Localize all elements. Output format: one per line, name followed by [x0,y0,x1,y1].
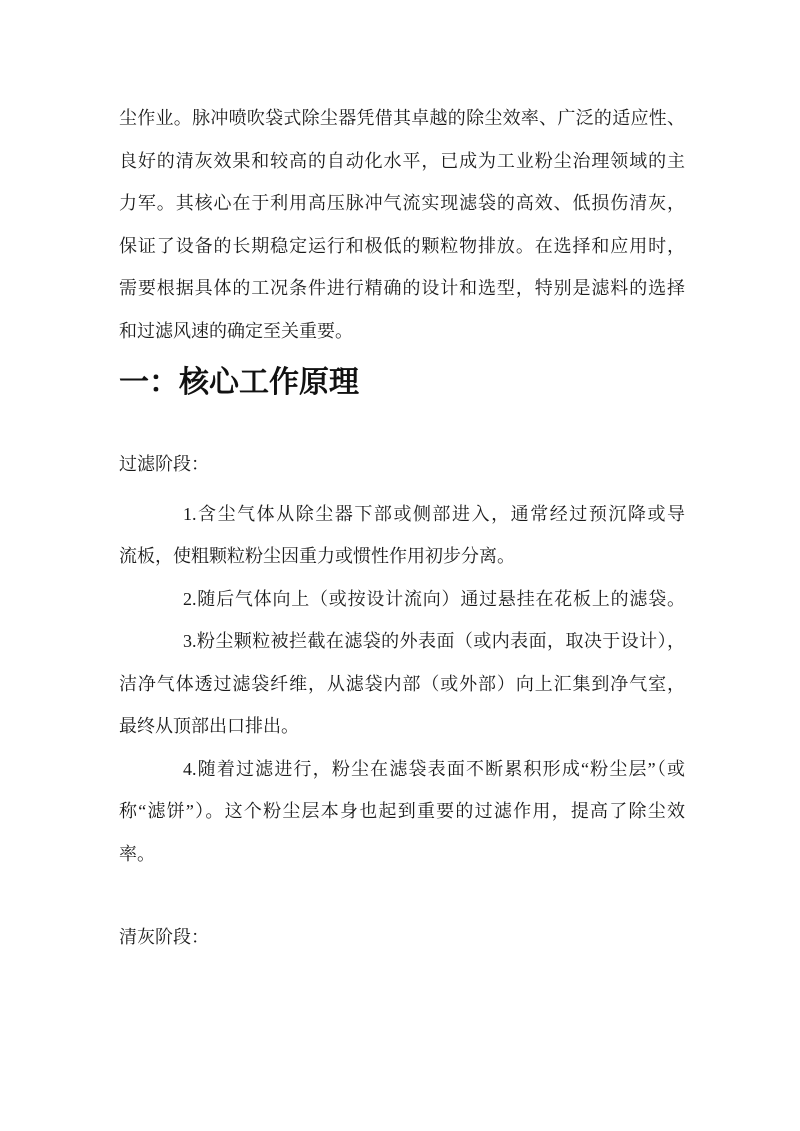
filter-step-4: 4.随着过滤进行，粉尘在滤袋表面不断累积形成“粉尘层”（或 称“滤饼”）。这个粉… [119,748,685,876]
step-line: 流板，使粗颗粒粉尘因重力或惯性作用初步分离。 [119,535,685,578]
paragraph-line: 力军。其核心在于利用高压脉冲气流实现滤袋的高效、低损伤清灰， [119,182,685,225]
cleaning-stage-label: 清灰阶段： [119,916,685,959]
paragraph-line: 尘作业。脉冲喷吹袋式除尘器凭借其卓越的除尘效率、广泛的适应性、 [119,97,685,140]
paragraph-line: 保证了设备的长期稳定运行和极低的颗粒物排放。在选择和应用时， [119,225,685,268]
paragraph-line: 良好的清灰效果和较高的自动化水平，已成为工业粉尘治理领域的主 [119,140,685,183]
step-line: 2.随后气体向上（或按设计流向）通过悬挂在花板上的滤袋。 [119,578,685,621]
step-line: 3.粉尘颗粒被拦截在滤袋的外表面（或内表面，取决于设计）， [119,620,685,663]
filter-stage-label: 过滤阶段： [119,443,685,486]
step-line: 1.含尘气体从除尘器下部或侧部进入，通常经过预沉降或导 [119,493,685,536]
step-line: 称“滤饼”）。这个粉尘层本身也起到重要的过滤作用，提高了除尘效 [119,790,685,833]
paragraph-line: 需要根据具体的工况条件进行精确的设计和选型，特别是滤料的选择 [119,267,685,310]
section-heading: 一：核心工作原理 [119,360,685,406]
filter-steps-list: 1.含尘气体从除尘器下部或侧部进入，通常经过预沉降或导 流板，使粗颗粒粉尘因重力… [119,493,685,876]
step-line: 率。 [119,833,685,876]
filter-step-2: 2.随后气体向上（或按设计流向）通过悬挂在花板上的滤袋。 [119,578,685,621]
filter-step-3: 3.粉尘颗粒被拦截在滤袋的外表面（或内表面，取决于设计）， 洁净气体透过滤袋纤维… [119,620,685,748]
document-content: 尘作业。脉冲喷吹袋式除尘器凭借其卓越的除尘效率、广泛的适应性、 良好的清灰效果和… [119,0,685,959]
filter-step-1: 1.含尘气体从除尘器下部或侧部进入，通常经过预沉降或导 流板，使粗颗粒粉尘因重力… [119,493,685,578]
step-line: 4.随着过滤进行，粉尘在滤袋表面不断累积形成“粉尘层”（或 [119,748,685,791]
step-line: 洁净气体透过滤袋纤维，从滤袋内部（或外部）向上汇集到净气室， [119,663,685,706]
intro-paragraph: 尘作业。脉冲喷吹袋式除尘器凭借其卓越的除尘效率、广泛的适应性、 良好的清灰效果和… [119,97,685,352]
paragraph-line: 和过滤风速的确定至关重要。 [119,310,685,353]
step-line: 最终从顶部出口排出。 [119,705,685,748]
document-page: 尘作业。脉冲喷吹袋式除尘器凭借其卓越的除尘效率、广泛的适应性、 良好的清灰效果和… [0,0,800,1131]
